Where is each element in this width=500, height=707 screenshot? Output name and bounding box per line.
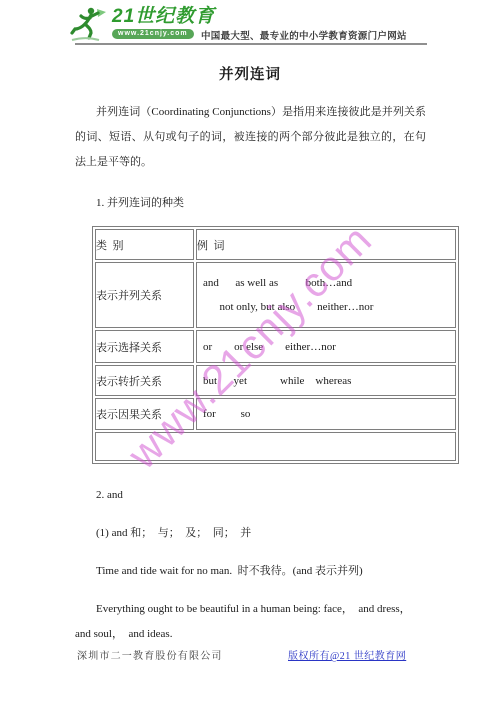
footer-company: 深圳市二一教育股份有限公司	[77, 647, 223, 662]
brand-url-badge: www.21cnjy.com	[112, 29, 194, 39]
category-cell: 表示并列关系	[95, 262, 194, 328]
column-header-category: 类 别	[95, 229, 194, 260]
examples-line: for so	[197, 408, 455, 420]
site-slogan: 中国最大型、最专业的中小学教育资源门户网站	[201, 28, 407, 42]
table-row: 表示并列关系 and as well as both…and not only,…	[95, 262, 456, 328]
section2: 2. and (1) and 和； 与； 及； 同； 并 Time and ti…	[75, 483, 427, 660]
section2-heading: 2. and	[75, 483, 427, 508]
paragraph: Time and tide wait for no man. 时不我待。(and…	[75, 559, 427, 584]
examples-cell: and as well as both…and not only, but al…	[196, 262, 456, 328]
table-row: 表示因果关系 for so	[95, 398, 456, 430]
column-header-examples: 例 词	[196, 229, 456, 260]
header-divider	[75, 43, 427, 45]
table-header-row: 类 别 例 词	[95, 229, 456, 260]
examples-line: and as well as both…and	[197, 277, 455, 289]
site-logo: 21世纪教育 www.21cnjy.com	[70, 6, 215, 43]
document-page: 21世纪教育 www.21cnjy.com 中国最大型、最专业的中小学教育资源门…	[0, 0, 500, 707]
brand-name: 21世纪教育	[112, 6, 215, 28]
examples-line: or or else either…nor	[197, 341, 455, 353]
table-row: 表示转折关系 but yet while whereas	[95, 365, 456, 396]
footer-copyright-link[interactable]: 版权所有@21 世纪教育网	[288, 647, 406, 662]
table-empty-cell	[95, 432, 456, 461]
table-row: 表示选择关系 or or else either…nor	[95, 330, 456, 363]
brand-text-block: 21世纪教育 www.21cnjy.com	[112, 6, 215, 39]
category-cell: 表示转折关系	[95, 365, 194, 396]
runner-logo-icon	[70, 6, 110, 43]
table-empty-row	[95, 432, 456, 461]
conjunction-types-table: 类 别 例 词 表示并列关系 and as well as both…and n…	[92, 226, 459, 464]
paragraph: (1) and 和； 与； 及； 同； 并	[75, 521, 427, 546]
intro-paragraph: 并列连词（Coordinating Conjunctions）是指用来连接彼此是…	[75, 100, 426, 175]
examples-cell: but yet while whereas	[196, 365, 456, 396]
examples-line: but yet while whereas	[197, 375, 455, 387]
category-cell: 表示因果关系	[95, 398, 194, 430]
paragraph: Everything ought to be beautiful in a hu…	[75, 597, 427, 647]
category-cell: 表示选择关系	[95, 330, 194, 363]
section1-heading: 1. 并列连词的种类	[96, 194, 184, 210]
page-title: 并列连词	[0, 63, 500, 84]
examples-cell: or or else either…nor	[196, 330, 456, 363]
examples-line: not only, but also neither…nor	[197, 301, 455, 313]
examples-cell: for so	[196, 398, 456, 430]
